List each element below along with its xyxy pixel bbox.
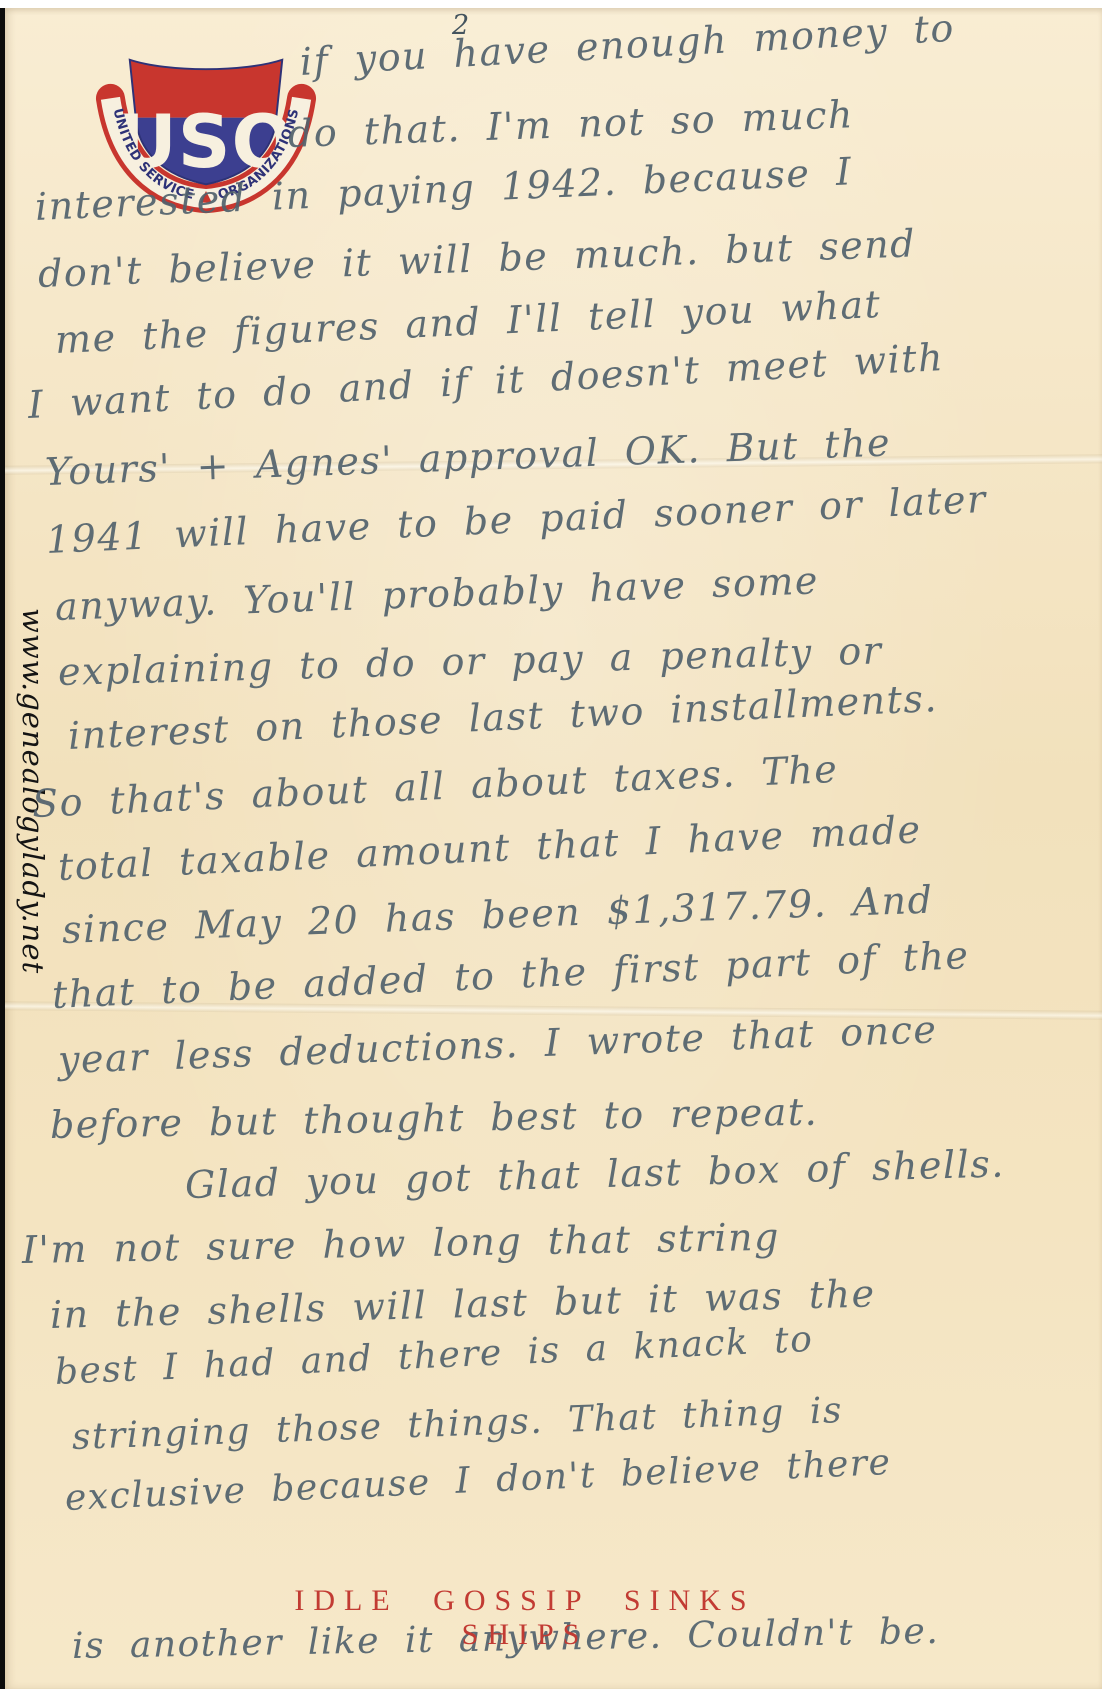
letter-scan: USO UNITED SERVICE ORGANIZATIONS 2 www.g… (0, 0, 1112, 1689)
watermark-text: www.genealogylady.net (16, 608, 50, 1078)
stationery-motto: IDLE GOSSIP SINKS SHIPS (225, 1584, 825, 1652)
